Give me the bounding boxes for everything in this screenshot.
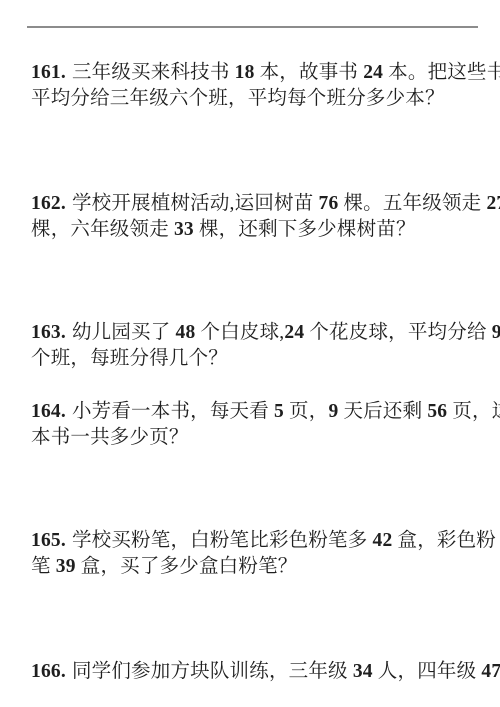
problem-line: 平均分给三年级六个班，平均每个班分多少本？ (31, 86, 477, 112)
worksheet-page: 161.三年级买来科技书 18 本，故事书 24 本。把这些书平均分给三年级六个… (0, 0, 500, 707)
horizontal-rule (27, 26, 478, 28)
problem-line: 162.学校开展植树活动,运回树苗 76 棵。五年级领走 27 (31, 191, 477, 217)
problem-line: 164.小芳看一本书，每天看 5 页，9 天后还剩 56 页，这 (31, 399, 477, 425)
problem-163: 163.幼儿园买了 48 个白皮球,24 个花皮球，平均分给 9个班，每班分得几… (31, 320, 477, 372)
problem-164: 164.小芳看一本书，每天看 5 页，9 天后还剩 56 页，这本书一共多少页？ (31, 399, 477, 451)
problem-line: 笔 39 盒，买了多少盒白粉笔？ (31, 554, 477, 580)
problem-165: 165.学校买粉笔，白粉笔比彩色粉笔多 42 盒，彩色粉笔 39 盒，买了多少盒… (31, 528, 477, 580)
problem-166: 166.同学们参加方块队训练，三年级 34 人，四年级 47 (31, 659, 477, 685)
problem-line: 个班，每班分得几个？ (31, 346, 477, 372)
problem-161: 161.三年级买来科技书 18 本，故事书 24 本。把这些书平均分给三年级六个… (31, 60, 477, 112)
problem-line: 本书一共多少页？ (31, 425, 477, 451)
problem-line: 161.三年级买来科技书 18 本，故事书 24 本。把这些书 (31, 60, 477, 86)
problem-line: 棵，六年级领走 33 棵，还剩下多少棵树苗？ (31, 217, 477, 243)
problem-line: 166.同学们参加方块队训练，三年级 34 人，四年级 47 (31, 659, 477, 685)
problem-162: 162.学校开展植树活动,运回树苗 76 棵。五年级领走 27棵，六年级领走 3… (31, 191, 477, 243)
problem-line: 163.幼儿园买了 48 个白皮球,24 个花皮球，平均分给 9 (31, 320, 477, 346)
problem-line: 165.学校买粉笔，白粉笔比彩色粉笔多 42 盒，彩色粉 (31, 528, 477, 554)
